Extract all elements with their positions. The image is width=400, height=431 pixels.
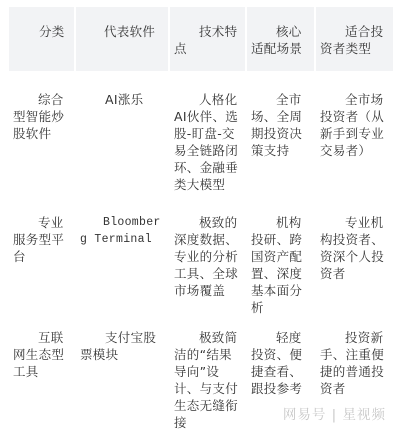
header-category: 分类 — [9, 7, 74, 71]
header-scenario: 核心适配场景 — [247, 7, 314, 71]
cell-software: AI涨乐 — [76, 91, 168, 108]
watermark: 网易号 | 星视频 — [283, 403, 386, 423]
cell-scenario: 轻度投资、便捷查看、跟投参考 — [247, 329, 314, 397]
comparison-table: 分类 代表软件 技术特点 核心适配场景 适合投资者类型 综合型智能炒股软件 AI… — [9, 7, 393, 71]
table-header-row: 分类 代表软件 技术特点 核心适配场景 适合投资者类型 — [9, 7, 393, 71]
cell-investors: 专业机构投资者、资深个人投资者 — [316, 214, 393, 282]
header-software: 代表软件 — [76, 7, 168, 71]
cell-software: 支付宝股票模块 — [76, 329, 168, 363]
cell-scenario: 机构投研、跨国资产配置、深度基本面分析 — [247, 214, 314, 316]
cell-investors: 投资新手、注重便捷的普通投资者 — [316, 329, 393, 397]
cell-features: 极致的深度数据、专业的分析工具、全球市场覆盖 — [170, 214, 245, 299]
cell-scenario: 全市场、全周期投资决策支持 — [247, 91, 314, 159]
cell-category: 专业服务型平台 — [9, 214, 74, 265]
cell-features: 极致简洁的“结果导向”设计、与支付生态无缝衔接 — [170, 329, 245, 431]
cell-software: Bloomberg Terminal — [76, 214, 168, 248]
cell-category: 互联网生态型工具 — [9, 329, 74, 380]
header-investors: 适合投资者类型 — [316, 7, 393, 71]
cell-investors: 全市场投资者（从新手到专业交易者） — [316, 91, 393, 159]
cell-features: 人格化AI伙伴、选股-盯盘-交易全链路闭环、金融垂类大模型 — [170, 91, 245, 193]
header-features: 技术特点 — [170, 7, 245, 71]
cell-category: 综合型智能炒股软件 — [9, 91, 74, 142]
